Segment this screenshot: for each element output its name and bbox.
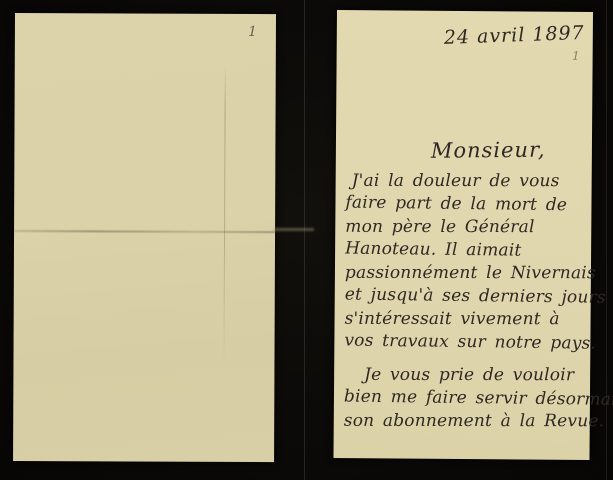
letter-date: 24 avril 1897	[444, 22, 586, 49]
page-number-annotation: 1	[248, 25, 257, 39]
letter-line: passionnément le Nivernais	[345, 262, 587, 285]
letter-paragraph-2: Je vous prie de vouloir bien me faire se…	[344, 363, 587, 434]
vertical-crease	[223, 62, 225, 372]
fold-crease-in-gap	[274, 228, 314, 231]
letter-line: s'intéressait vivement à	[345, 308, 587, 331]
salutation: Monsieur,	[431, 138, 546, 163]
scan-edge-line	[606, 0, 607, 480]
date-pencil-annotation: 1	[572, 49, 580, 63]
scanner-fold-line	[304, 0, 305, 480]
letter-body: J'ai la douleur de vous faire part de la…	[344, 169, 588, 434]
letter-line: son abonnement à la Revue.	[344, 410, 586, 433]
letter-scan: 1 24 avril 1897 1 Monsieur, J'ai la doul…	[0, 0, 613, 480]
letter-paragraph-1: J'ai la douleur de vous faire part de la…	[344, 169, 587, 355]
letter-line: vos travaux sur notre pays.	[344, 330, 586, 356]
letter-line: et jusqu'à ses derniers jours	[345, 284, 587, 310]
letter-line: Hanoteau. Il aimait	[345, 238, 587, 264]
letter-line: mon père le Général	[345, 216, 587, 239]
horizontal-fold-crease	[14, 230, 275, 233]
letter-line: J'ai la douleur de vous	[346, 170, 588, 193]
letter-page-left: 1	[13, 13, 276, 462]
letter-line: bien me faire servir désormais	[344, 386, 586, 412]
letter-page-right: 24 avril 1897 1 Monsieur, J'ai la douleu…	[333, 10, 593, 460]
letter-line: faire part de la mort de	[345, 192, 587, 218]
letter-line: Je vous prie de vouloir	[344, 364, 586, 387]
